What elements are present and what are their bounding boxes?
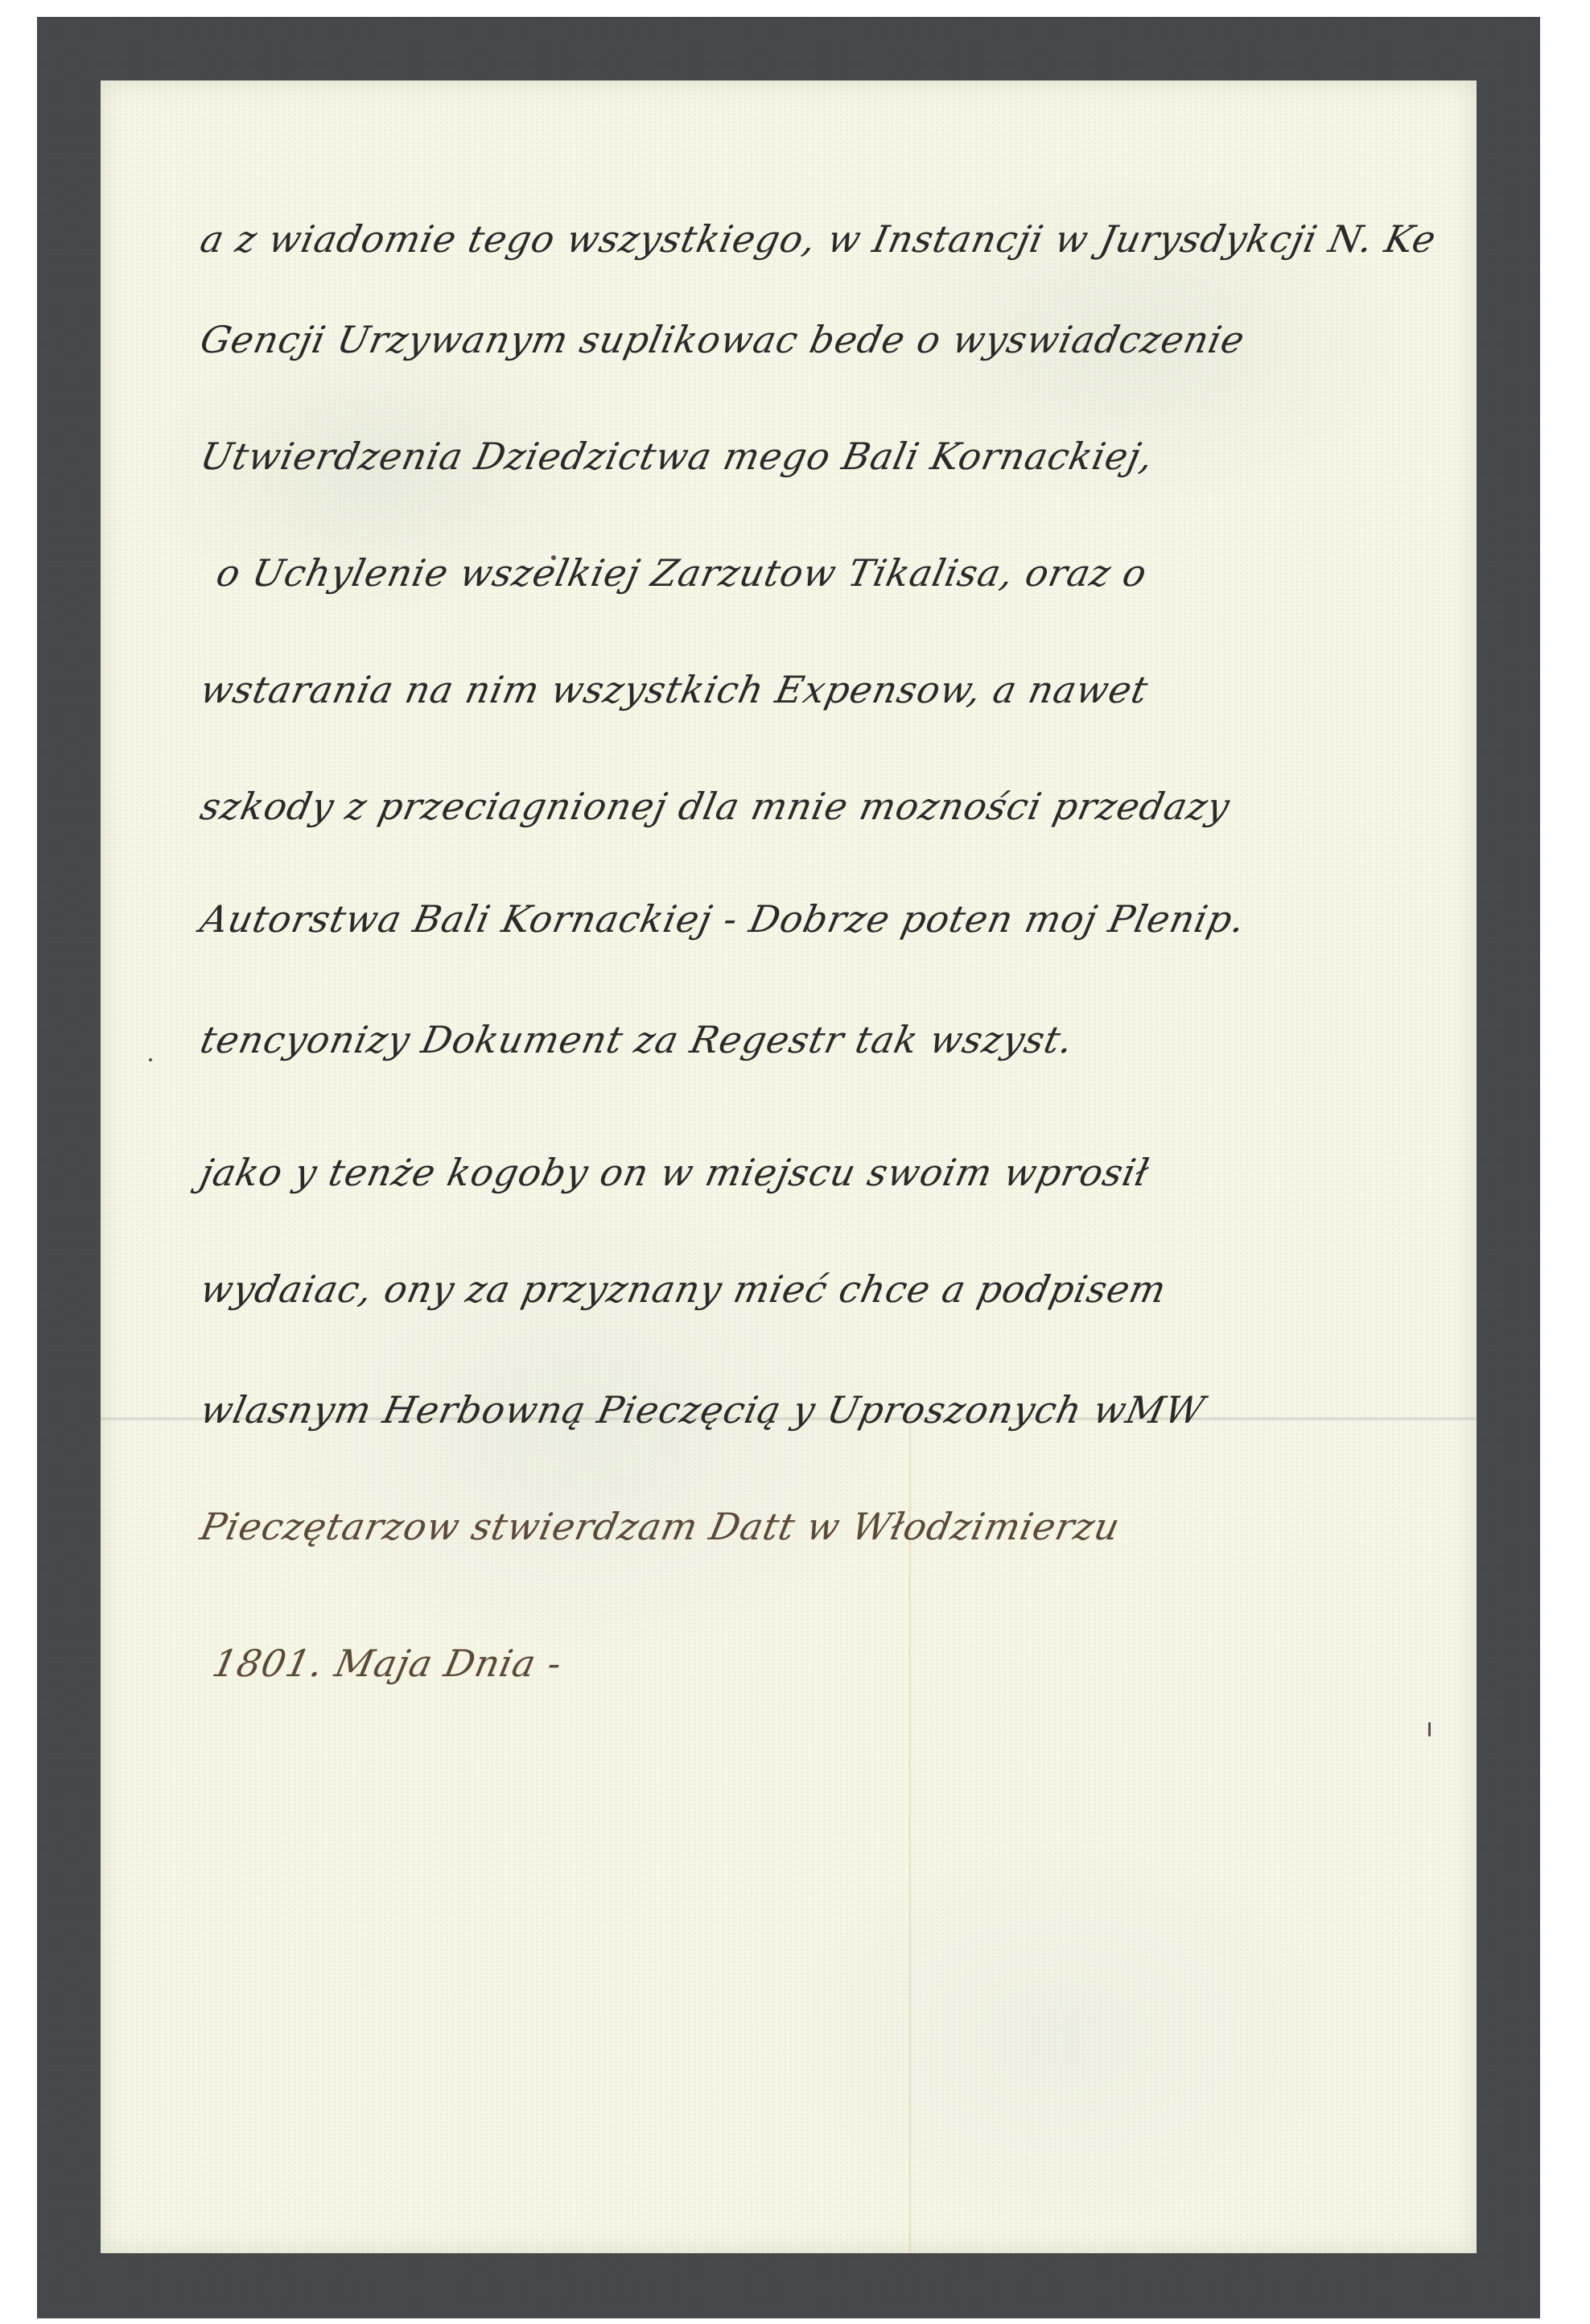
handwritten-line-8: tencyonizy Dokument za Regestr tak wszys…: [196, 1018, 1077, 1061]
handwritten-line-9: jako y tenże kogoby on w miejscu swoim w…: [196, 1151, 1153, 1194]
handwritten-line-6: szkody z przeciagnionej dla mnie moznośc…: [196, 785, 1234, 828]
handwritten-line-4: o Uchylenie wszelkiej Zarzutow Tikalisa,…: [212, 551, 1151, 595]
ink-speck: [149, 1058, 152, 1061]
handwritten-line-12: Pieczętarzow stwierdzam Datt w Włodzimie…: [196, 1505, 1124, 1548]
handwritten-line-1: a z wiadomie tego wszystkiego, w Instanc…: [196, 217, 1440, 261]
handwritten-line-3: Utwierdzenia Dziedzictwa mego Bali Korna…: [196, 435, 1158, 478]
manuscript-page: a z wiadomie tego wszystkiego, w Instanc…: [101, 80, 1477, 2253]
handwritten-line-7: Autorstwa Bali Kornackiej - Dobrze poten…: [196, 897, 1249, 941]
handwritten-line-5: wstarania na nim wszystkich Expensow, a …: [196, 668, 1152, 711]
handwritten-line-11: wlasnym Herbowną Pieczęcią y Uproszonych…: [196, 1388, 1209, 1432]
handwritten-line-10: wydaiac, ony za przyznany mieć chce a po…: [196, 1267, 1170, 1311]
ink-mark: [1428, 1722, 1431, 1737]
ink-speck: [551, 555, 556, 560]
handwritten-date-line: 1801. Maja Dnia -: [208, 1642, 566, 1685]
handwritten-line-2: Gencji Urzywanym suplikowac bede o wyswi…: [196, 318, 1249, 361]
